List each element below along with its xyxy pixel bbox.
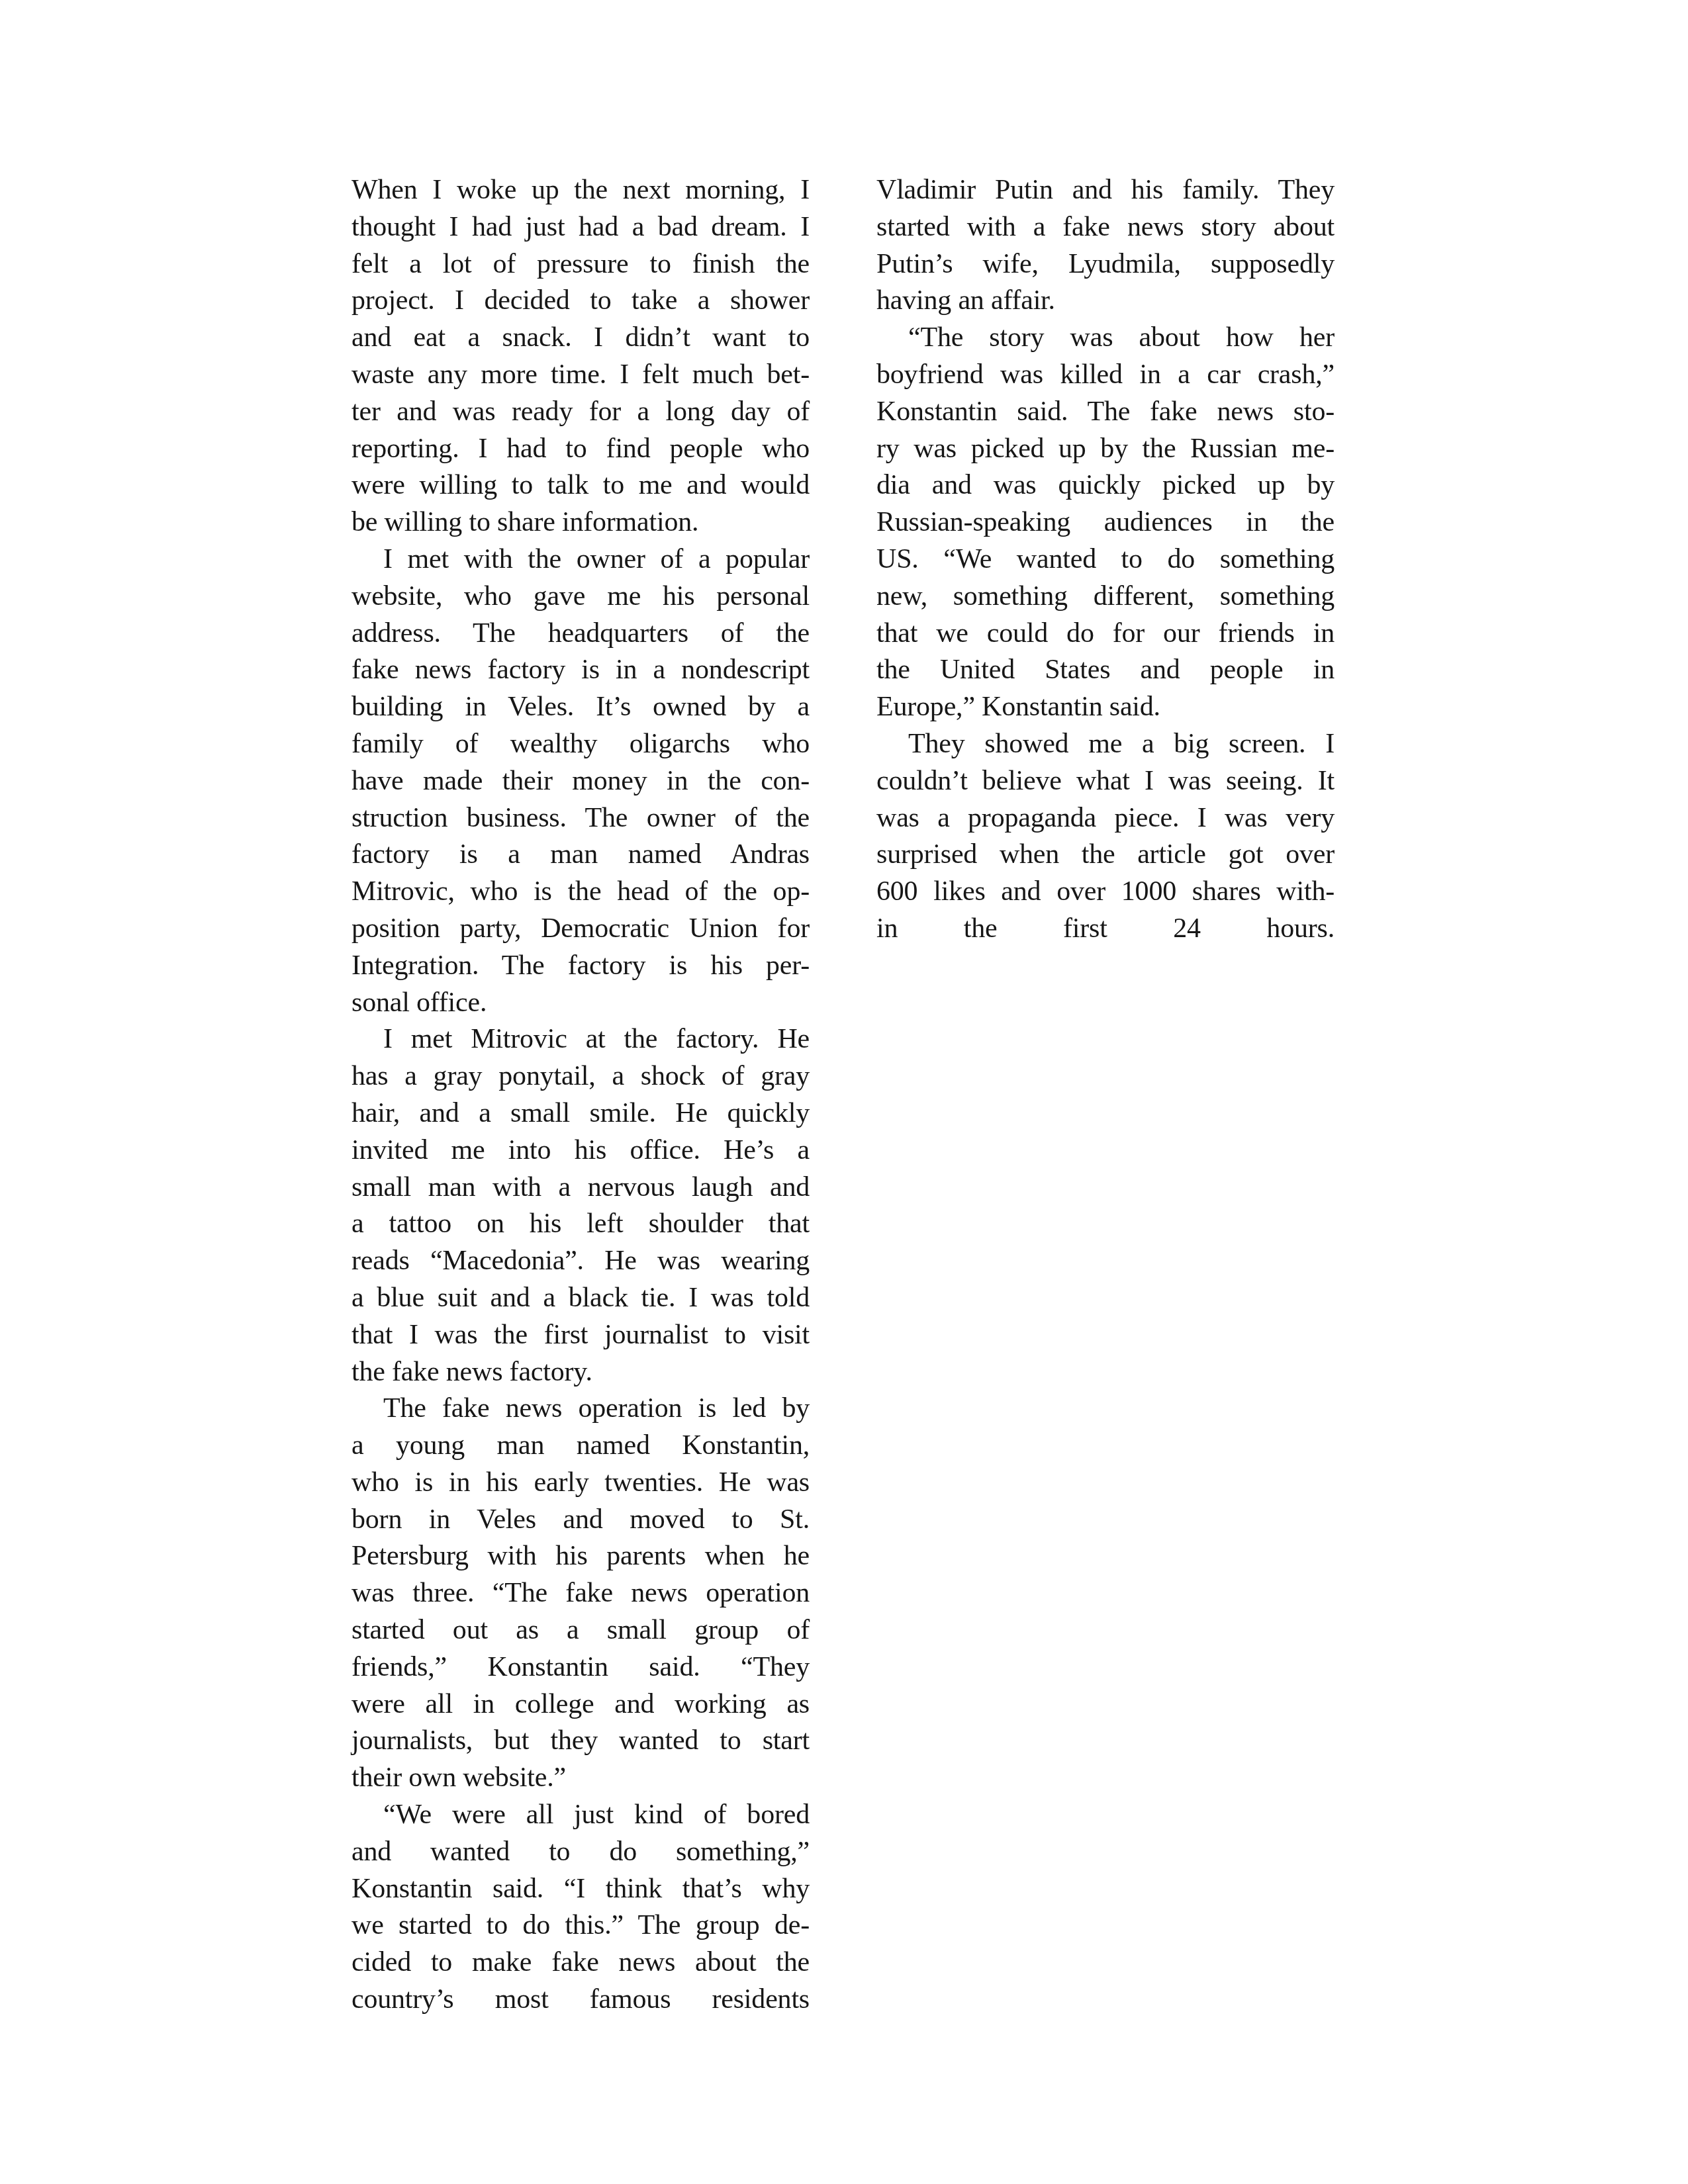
text-line: be willing to share information. [352, 504, 810, 541]
text-line: we started to do this.” The group de- [352, 1907, 810, 1944]
text-line: website, who gave me his personal [352, 578, 810, 615]
text-line: and eat a snack. I didn’t want to [352, 320, 810, 357]
text-line: surprised when the article got over [876, 837, 1335, 874]
text-line: “The story was about how her [876, 320, 1335, 357]
text-line: struction business. The owner of the [352, 800, 810, 837]
text-line: having an affair. [876, 283, 1335, 320]
text-line: and wanted to do something,” [352, 1834, 810, 1871]
text-line: couldn’t believe what I was seeing. It [876, 763, 1335, 800]
text-line: Vladimir Putin and his family. They [876, 172, 1335, 209]
text-line: I met with the owner of a popular [352, 541, 810, 578]
text-line: journalists, but they wanted to start [352, 1723, 810, 1760]
text-line: born in Veles and moved to St. [352, 1502, 810, 1539]
text-line: Petersburg with his parents when he [352, 1538, 810, 1575]
text-line: their own website.” [352, 1760, 810, 1797]
text-line: They showed me a big screen. I [876, 726, 1335, 763]
text-line: invited me into his office. He’s a [352, 1132, 810, 1169]
text-line: ter and was ready for a long day of [352, 394, 810, 431]
text-line: Integration. The factory is his per- [352, 948, 810, 985]
text-line: a young man named Konstantin, [352, 1428, 810, 1465]
text-line: has a gray ponytail, a shock of gray [352, 1058, 810, 1095]
text-line: Konstantin said. The fake news sto- [876, 394, 1335, 431]
text-line: in the first 24 hours. [876, 911, 1335, 948]
text-line: new, something different, something [876, 578, 1335, 615]
text-line: waste any more time. I felt much bet- [352, 357, 810, 394]
text-line: hair, and a small smile. He quickly [352, 1095, 810, 1132]
text-line: reporting. I had to find people who [352, 431, 810, 468]
text-line: Putin’s wife, Lyudmila, supposedly [876, 246, 1335, 283]
text-line: that we could do for our friends in [876, 615, 1335, 653]
text-line: who is in his early twenties. He was [352, 1465, 810, 1502]
text-line: address. The headquarters of the [352, 615, 810, 653]
text-line: When I woke up the next morning, I [352, 172, 810, 209]
text-line: boyfriend was killed in a car crash,” [876, 357, 1335, 394]
text-column-left: When I woke up the next morning, Ithough… [352, 172, 810, 2019]
text-line: building in Veles. It’s owned by a [352, 689, 810, 726]
text-line: 600 likes and over 1000 shares with- [876, 874, 1335, 911]
text-line: felt a lot of pressure to finish the [352, 246, 810, 283]
text-line: a blue suit and a black tie. I was told [352, 1280, 810, 1317]
text-line: were all in college and working as [352, 1686, 810, 1723]
text-line: Mitrovic, who is the head of the op- [352, 874, 810, 911]
text-line: was a propaganda piece. I was very [876, 800, 1335, 837]
text-line: reads “Macedonia”. He was wearing [352, 1243, 810, 1280]
text-line: the United States and people in [876, 652, 1335, 689]
text-line: fake news factory is in a nondescript [352, 652, 810, 689]
text-line: friends,” Konstantin said. “They [352, 1649, 810, 1686]
text-line: family of wealthy oligarchs who [352, 726, 810, 763]
document-page: When I woke up the next morning, Ithough… [0, 0, 1688, 2184]
text-line: factory is a man named Andras [352, 837, 810, 874]
text-line: small man with a nervous laugh and [352, 1169, 810, 1206]
text-column-right: Vladimir Putin and his family. Theystart… [876, 172, 1335, 948]
text-line: position party, Democratic Union for [352, 911, 810, 948]
text-line: were willing to talk to me and would [352, 467, 810, 504]
text-line: dia and was quickly picked up by [876, 467, 1335, 504]
text-line: started with a fake news story about [876, 209, 1335, 246]
text-line: that I was the first journalist to visit [352, 1317, 810, 1354]
text-line: the fake news factory. [352, 1354, 810, 1391]
text-line: thought I had just had a bad dream. I [352, 209, 810, 246]
text-line: a tattoo on his left shoulder that [352, 1206, 810, 1243]
text-line: was three. “The fake news operation [352, 1575, 810, 1612]
text-line: The fake news operation is led by [352, 1390, 810, 1428]
text-line: Konstantin said. “I think that’s why [352, 1871, 810, 1908]
text-line: country’s most famous residents [352, 1981, 810, 2019]
text-line: project. I decided to take a shower [352, 283, 810, 320]
text-line: have made their money in the con- [352, 763, 810, 800]
text-line: started out as a small group of [352, 1612, 810, 1649]
text-line: Russian-speaking audiences in the [876, 504, 1335, 541]
text-line: “We were all just kind of bored [352, 1797, 810, 1834]
text-line: cided to make fake news about the [352, 1944, 810, 1981]
text-line: I met Mitrovic at the factory. He [352, 1021, 810, 1058]
text-line: US. “We wanted to do something [876, 541, 1335, 578]
text-line: sonal office. [352, 985, 810, 1022]
text-line: ry was picked up by the Russian me- [876, 431, 1335, 468]
text-line: Europe,” Konstantin said. [876, 689, 1335, 726]
